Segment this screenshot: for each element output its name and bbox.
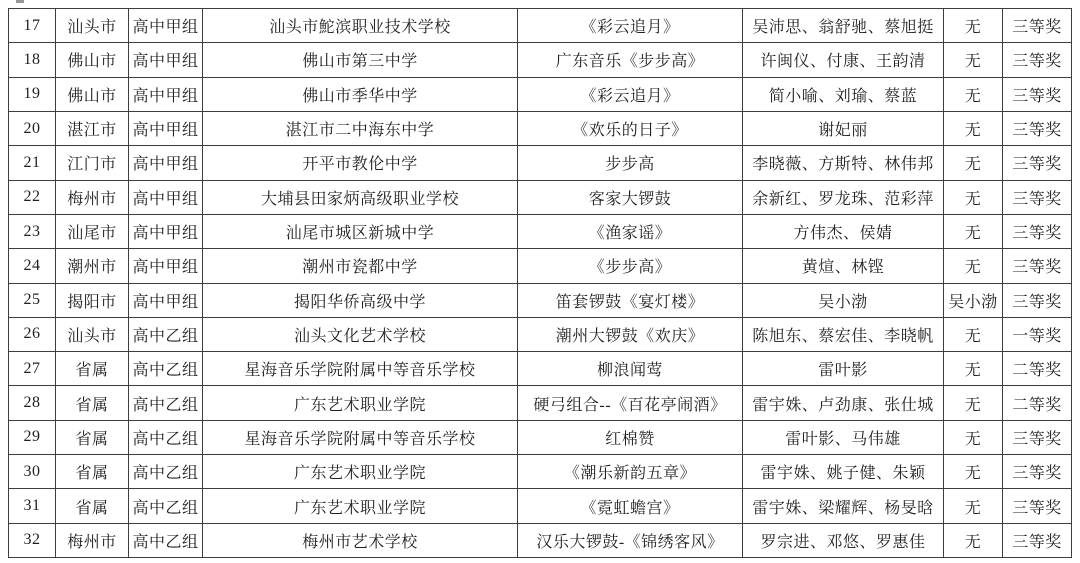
cell-serial-number: 23 [9, 214, 56, 248]
cell-performers: 雷宇姝、梁耀辉、杨旻晗 [743, 489, 944, 523]
cell-school: 湛江市二中海东中学 [203, 111, 518, 145]
cell-city: 佛山市 [56, 43, 129, 77]
table-row: 32梅州市高中乙组梅州市艺术学校汉乐大锣鼓-《锦绣客风》罗宗进、邓悠、罗惠佳无三… [9, 523, 1072, 557]
cell-city: 湛江市 [56, 111, 129, 145]
cell-serial-number: 30 [9, 455, 56, 489]
cell-city: 梅州市 [56, 523, 129, 557]
cell-performers: 陈旭东、蔡宏佳、李晓帆 [743, 317, 944, 351]
cell-group: 高中乙组 [129, 352, 203, 386]
table-row: 19佛山市高中甲组佛山市季华中学《彩云追月》简小喻、刘瑜、蔡蓝无三等奖 [9, 77, 1072, 111]
cell-school: 汕头市鮀滨职业技术学校 [203, 9, 518, 43]
table-row: 21江门市高中甲组开平市教伦中学步步高李晓薇、方斯特、林伟邦无三等奖 [9, 146, 1072, 180]
results-table-body: 17汕头市高中甲组汕头市鮀滨职业技术学校《彩云追月》吴沛思、翁舒驰、蔡旭挺无三等… [9, 9, 1072, 558]
cell-city: 省属 [56, 386, 129, 420]
cell-performers: 雷宇姝、姚子健、朱颖 [743, 455, 944, 489]
cell-performers: 黄煊、林铿 [743, 249, 944, 283]
cell-school: 佛山市第三中学 [203, 43, 518, 77]
cell-city: 省属 [56, 489, 129, 523]
cell-extra: 无 [944, 386, 1003, 420]
cell-extra: 无 [944, 180, 1003, 214]
table-row: 29省属高中乙组星海音乐学院附属中等音乐学校红棉赞雷叶影、马伟雄无三等奖 [9, 420, 1072, 454]
cell-extra: 无 [944, 420, 1003, 454]
table-row: 25揭阳市高中甲组揭阳华侨高级中学笛套锣鼓《宴灯楼》吴小渤吴小渤三等奖 [9, 283, 1072, 317]
table-row: 18佛山市高中甲组佛山市第三中学广东音乐《步步高》许闽仪、付康、王韵清无三等奖 [9, 43, 1072, 77]
cell-performers: 余新红、罗龙珠、范彩萍 [743, 180, 944, 214]
cell-serial-number: 22 [9, 180, 56, 214]
cell-serial-number: 18 [9, 43, 56, 77]
cell-city: 揭阳市 [56, 283, 129, 317]
cell-extra: 无 [944, 523, 1003, 557]
cell-serial-number: 26 [9, 317, 56, 351]
cell-city: 江门市 [56, 146, 129, 180]
cell-piece: 《潮乐新韵五章》 [518, 455, 743, 489]
table-row: 31省属高中乙组广东艺术职业学院《霓虹蟾宫》雷宇姝、梁耀辉、杨旻晗无三等奖 [9, 489, 1072, 523]
cell-serial-number: 29 [9, 420, 56, 454]
cell-award: 三等奖 [1003, 9, 1072, 43]
table-row: 22梅州市高中甲组大埔县田家炳高级职业学校客家大锣鼓余新红、罗龙珠、范彩萍无三等… [9, 180, 1072, 214]
cell-piece: 汉乐大锣鼓-《锦绣客风》 [518, 523, 743, 557]
cell-extra: 无 [944, 111, 1003, 145]
cell-piece: 《彩云追月》 [518, 77, 743, 111]
cell-award: 三等奖 [1003, 420, 1072, 454]
cell-group: 高中甲组 [129, 249, 203, 283]
cell-piece: 客家大锣鼓 [518, 180, 743, 214]
cell-piece: 《渔家谣》 [518, 214, 743, 248]
cell-award: 三等奖 [1003, 214, 1072, 248]
table-row: 17汕头市高中甲组汕头市鮀滨职业技术学校《彩云追月》吴沛思、翁舒驰、蔡旭挺无三等… [9, 9, 1072, 43]
cell-city: 潮州市 [56, 249, 129, 283]
cell-piece: 红棉赞 [518, 420, 743, 454]
cell-performers: 吴小渤 [743, 283, 944, 317]
cell-serial-number: 20 [9, 111, 56, 145]
cell-group: 高中甲组 [129, 214, 203, 248]
cell-award: 三等奖 [1003, 180, 1072, 214]
cell-piece: 笛套锣鼓《宴灯楼》 [518, 283, 743, 317]
cell-city: 汕头市 [56, 9, 129, 43]
cell-group: 高中乙组 [129, 523, 203, 557]
table-row: 30省属高中乙组广东艺术职业学院《潮乐新韵五章》雷宇姝、姚子健、朱颖无三等奖 [9, 455, 1072, 489]
cell-city: 梅州市 [56, 180, 129, 214]
cell-performers: 雷叶影、马伟雄 [743, 420, 944, 454]
cell-city: 汕头市 [56, 317, 129, 351]
cell-piece: 广东音乐《步步高》 [518, 43, 743, 77]
cell-serial-number: 32 [9, 523, 56, 557]
cell-performers: 雷宇姝、卢劲康、张仕城 [743, 386, 944, 420]
cell-serial-number: 24 [9, 249, 56, 283]
table-row: 23汕尾市高中甲组汕尾市城区新城中学《渔家谣》方伟杰、侯婧无三等奖 [9, 214, 1072, 248]
cell-city: 省属 [56, 420, 129, 454]
cell-extra: 无 [944, 77, 1003, 111]
cell-extra: 吴小渤 [944, 283, 1003, 317]
cell-school: 潮州市瓷都中学 [203, 249, 518, 283]
cell-school: 揭阳华侨高级中学 [203, 283, 518, 317]
cell-performers: 吴沛思、翁舒驰、蔡旭挺 [743, 9, 944, 43]
cell-city: 省属 [56, 352, 129, 386]
cell-school: 汕尾市城区新城中学 [203, 214, 518, 248]
cell-extra: 无 [944, 43, 1003, 77]
cell-serial-number: 25 [9, 283, 56, 317]
cell-award: 二等奖 [1003, 386, 1072, 420]
cell-school: 汕头文化艺术学校 [203, 317, 518, 351]
cell-extra: 无 [944, 249, 1003, 283]
cell-award: 三等奖 [1003, 249, 1072, 283]
cell-piece: 潮州大锣鼓《欢庆》 [518, 317, 743, 351]
cropped-text-artifact [16, 0, 24, 3]
cell-award: 三等奖 [1003, 283, 1072, 317]
cell-serial-number: 21 [9, 146, 56, 180]
cell-school: 大埔县田家炳高级职业学校 [203, 180, 518, 214]
cell-group: 高中乙组 [129, 489, 203, 523]
cell-performers: 李晓薇、方斯特、林伟邦 [743, 146, 944, 180]
cell-group: 高中甲组 [129, 43, 203, 77]
cell-piece: 步步高 [518, 146, 743, 180]
cell-group: 高中甲组 [129, 9, 203, 43]
table-row: 28省属高中乙组广东艺术职业学院硬弓组合--《百花亭闹酒》雷宇姝、卢劲康、张仕城… [9, 386, 1072, 420]
cell-serial-number: 28 [9, 386, 56, 420]
cell-group: 高中甲组 [129, 180, 203, 214]
cell-award: 三等奖 [1003, 523, 1072, 557]
cell-group: 高中甲组 [129, 111, 203, 145]
cell-performers: 简小喻、刘瑜、蔡蓝 [743, 77, 944, 111]
cell-performers: 雷叶影 [743, 352, 944, 386]
cell-extra: 无 [944, 9, 1003, 43]
cell-extra: 无 [944, 214, 1003, 248]
cell-school: 广东艺术职业学院 [203, 455, 518, 489]
cell-group: 高中甲组 [129, 146, 203, 180]
cell-piece: 硬弓组合--《百花亭闹酒》 [518, 386, 743, 420]
cell-school: 佛山市季华中学 [203, 77, 518, 111]
cell-school: 星海音乐学院附属中等音乐学校 [203, 352, 518, 386]
cell-award: 三等奖 [1003, 43, 1072, 77]
cell-award: 三等奖 [1003, 146, 1072, 180]
awards-table: 17汕头市高中甲组汕头市鮀滨职业技术学校《彩云追月》吴沛思、翁舒驰、蔡旭挺无三等… [8, 8, 1072, 558]
cell-group: 高中乙组 [129, 420, 203, 454]
cell-city: 省属 [56, 455, 129, 489]
cell-piece: 《欢乐的日子》 [518, 111, 743, 145]
cell-school: 广东艺术职业学院 [203, 386, 518, 420]
table-row: 26汕头市高中乙组汕头文化艺术学校潮州大锣鼓《欢庆》陈旭东、蔡宏佳、李晓帆无一等… [9, 317, 1072, 351]
cell-award: 三等奖 [1003, 111, 1072, 145]
cell-award: 三等奖 [1003, 489, 1072, 523]
cell-extra: 无 [944, 146, 1003, 180]
cell-piece: 《彩云追月》 [518, 9, 743, 43]
cell-serial-number: 19 [9, 77, 56, 111]
table-row: 20湛江市高中甲组湛江市二中海东中学《欢乐的日子》谢妃丽无三等奖 [9, 111, 1072, 145]
cell-school: 广东艺术职业学院 [203, 489, 518, 523]
cell-serial-number: 31 [9, 489, 56, 523]
cell-group: 高中甲组 [129, 77, 203, 111]
cell-serial-number: 17 [9, 9, 56, 43]
cell-performers: 罗宗进、邓悠、罗惠佳 [743, 523, 944, 557]
cell-city: 汕尾市 [56, 214, 129, 248]
cell-performers: 方伟杰、侯婧 [743, 214, 944, 248]
cell-extra: 无 [944, 317, 1003, 351]
cell-school: 开平市教伦中学 [203, 146, 518, 180]
cell-performers: 许闽仪、付康、王韵清 [743, 43, 944, 77]
cell-award: 三等奖 [1003, 77, 1072, 111]
cell-serial-number: 27 [9, 352, 56, 386]
cell-school: 星海音乐学院附属中等音乐学校 [203, 420, 518, 454]
cell-piece: 柳浪闻莺 [518, 352, 743, 386]
cell-group: 高中乙组 [129, 386, 203, 420]
cell-school: 梅州市艺术学校 [203, 523, 518, 557]
table-row: 24潮州市高中甲组潮州市瓷都中学《步步高》黄煊、林铿无三等奖 [9, 249, 1072, 283]
cell-performers: 谢妃丽 [743, 111, 944, 145]
table-row: 27省属高中乙组星海音乐学院附属中等音乐学校柳浪闻莺雷叶影无二等奖 [9, 352, 1072, 386]
cell-award: 二等奖 [1003, 352, 1072, 386]
cell-extra: 无 [944, 352, 1003, 386]
cell-piece: 《步步高》 [518, 249, 743, 283]
cell-group: 高中甲组 [129, 283, 203, 317]
cell-award: 三等奖 [1003, 455, 1072, 489]
cell-extra: 无 [944, 489, 1003, 523]
cell-city: 佛山市 [56, 77, 129, 111]
cell-group: 高中乙组 [129, 317, 203, 351]
document-page: 17汕头市高中甲组汕头市鮀滨职业技术学校《彩云追月》吴沛思、翁舒驰、蔡旭挺无三等… [0, 0, 1080, 563]
cell-group: 高中乙组 [129, 455, 203, 489]
cell-award: 一等奖 [1003, 317, 1072, 351]
cell-extra: 无 [944, 455, 1003, 489]
cell-piece: 《霓虹蟾宫》 [518, 489, 743, 523]
